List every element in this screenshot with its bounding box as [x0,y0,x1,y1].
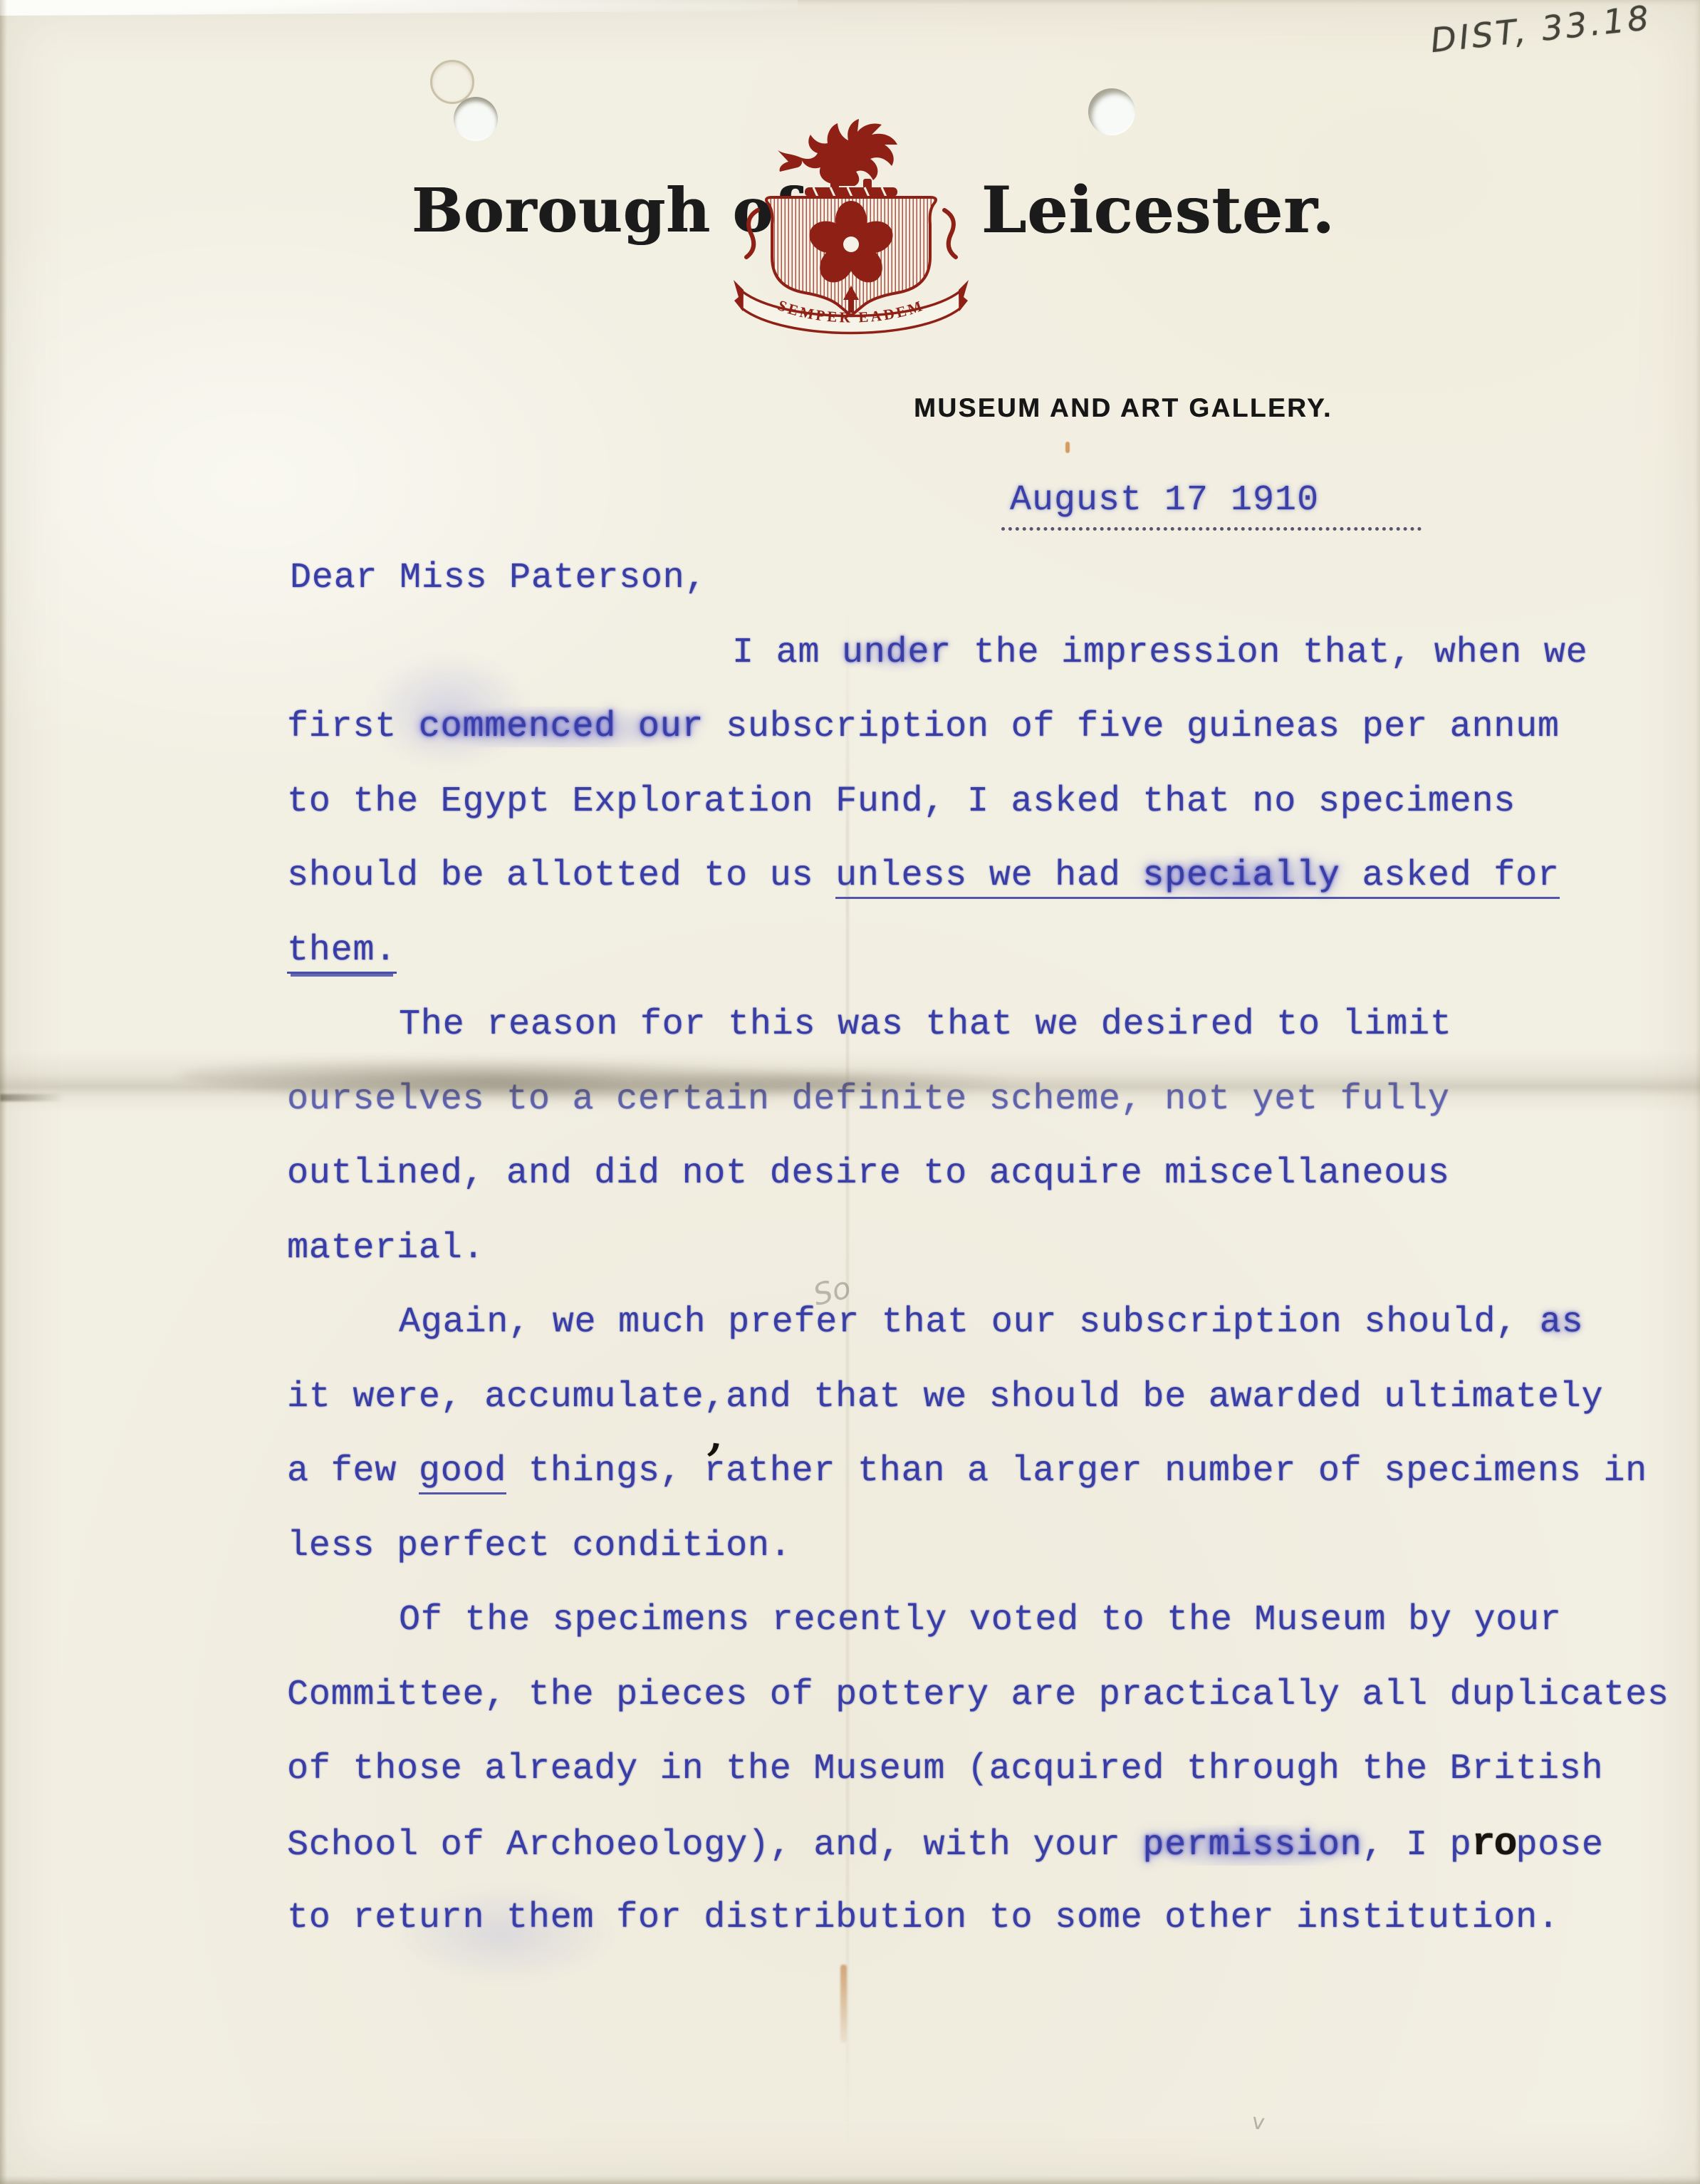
paper-top-edge [0,0,798,16]
letter-line: School of Archoeology), and, with your p… [287,1807,1700,1882]
pencil-corner-mark: v [1251,2109,1266,2136]
letter-line: Of the specimens recently voted to the M… [399,1584,1700,1658]
vertical-fold-crease [846,613,849,2151]
ink-smudge-haze [367,652,531,769]
fold-smudge-secondary [627,1067,1026,1097]
letter-line: should be allotted to us unless we had s… [287,839,1700,914]
scanned-letter-page: DIST, 33.18 So v Borough of Leicester. [0,0,1700,2184]
letter-line: less perfect condition. [287,1509,1700,1584]
wyvern-dragon-icon [778,119,897,189]
ink-smudge-haze-bottom [388,1884,616,1984]
letter-line: Committee, the pieces of pottery are pra… [287,1658,1700,1733]
letter-line: outlined, and did not desire to acquire … [287,1137,1700,1212]
punch-hole-embossed-ring [430,60,474,104]
letter-line: to the Egypt Exploration Fund, I asked t… [287,765,1700,840]
letter-line: of those already in the Museum (acquired… [287,1732,1700,1807]
letter-body: Dear Miss Paterson,I am under the impres… [0,541,1700,1956]
rust-stain [840,1965,847,2043]
letter-line: material. [287,1212,1700,1286]
letter-line: a few good things, rather than a larger … [287,1435,1700,1509]
archival-number-annotation: DIST, 33.18 [1429,0,1653,61]
letterhead-city-text: Leicester. [981,172,1335,248]
borough-crest-icon: SEMPER EADEM [734,116,969,362]
letter-line: it were, accumulate,and that we should b… [287,1361,1700,1435]
letter-line: them. [287,914,1700,989]
paper-bottom-edge [0,2175,1700,2184]
letter-line: Dear Miss Paterson, [290,541,1700,616]
department-heading: MUSEUM AND ART GALLERY. [914,393,1333,423]
punch-hole-right [1088,88,1135,135]
small-stain [1065,442,1070,453]
letter-line: Again, we much prefer that our subscript… [399,1286,1700,1361]
punch-hole-left [454,97,498,141]
typed-date: August 17 1910 [1010,480,1319,521]
date-rule: August 17 1910 [1001,479,1422,531]
letter-line: I am under the impression that, when we [732,616,1700,691]
fold-edge-notch [0,1094,64,1101]
